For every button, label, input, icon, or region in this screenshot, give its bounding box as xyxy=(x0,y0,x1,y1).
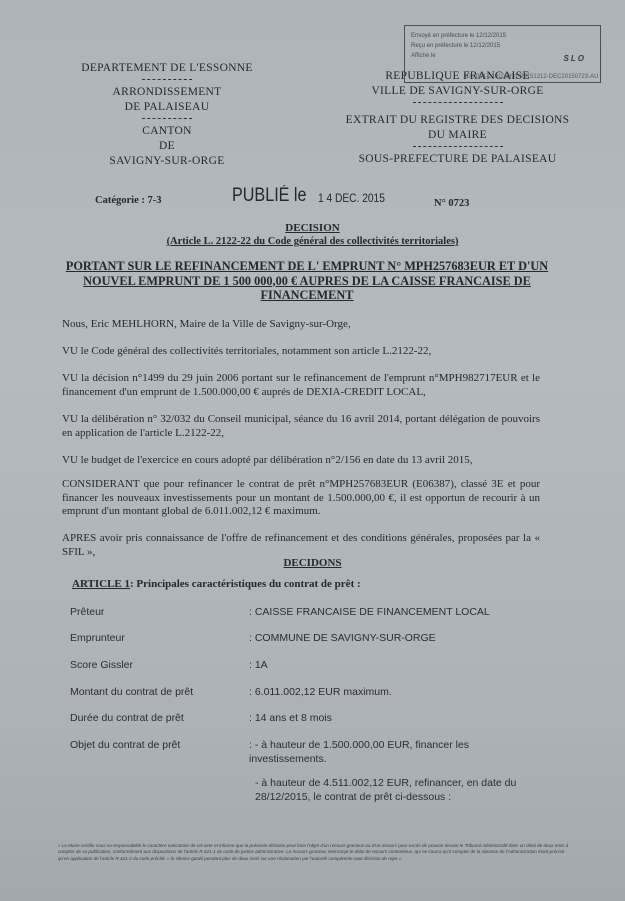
row-label-duree: Durée du contrat de prêt xyxy=(70,712,184,724)
separator xyxy=(413,146,503,147)
canton: CANTON xyxy=(62,124,272,139)
canton-name: SAVIGNY-SUR-ORGE xyxy=(62,154,272,169)
department: DEPARTEMENT DE L'ESSONNE xyxy=(62,61,272,76)
decision-number: N° 0723 xyxy=(434,198,469,209)
stamp-received: Reçu en préfecture le 12/12/2015 xyxy=(411,41,600,51)
decision-heading: DECISION xyxy=(0,222,625,234)
row-value-score: : 1A xyxy=(249,658,529,672)
sub-prefecture: SOUS-PREFECTURE DE PALAISEAU xyxy=(335,152,580,167)
row-value-emprunteur: : COMMUNE DE SAVIGNY-SUR-ORGE xyxy=(249,631,529,645)
row-value-duree: : 14 ans et 8 mois xyxy=(249,711,529,725)
article-1-heading: ARTICLE 1: Principales caractéristiques … xyxy=(72,578,361,590)
separator xyxy=(413,102,503,103)
row-value-preteur: : CAISSE FRANCAISE DE FINANCEMENT LOCAL xyxy=(249,605,529,619)
vu-decision-1499: VU la décision n°1499 du 29 juin 2006 po… xyxy=(62,372,540,399)
arrondissement: ARRONDISSEMENT xyxy=(62,85,272,100)
article-1-label: ARTICLE 1 xyxy=(72,578,130,590)
right-header: REPUBLIQUE FRANCAISE VILLE DE SAVIGNY-SU… xyxy=(335,69,580,167)
article-1-title: : Principales caractéristiques du contra… xyxy=(130,578,361,590)
vu-budget: VU le budget de l'exercice en cours adop… xyxy=(62,454,540,468)
separator xyxy=(142,118,192,119)
separator xyxy=(142,79,192,80)
stamp-sent: Envoyé en préfecture le 12/12/2015 xyxy=(411,31,600,41)
considerant: CONSIDERANT que pour refinancer le contr… xyxy=(62,478,540,519)
decision-subheading: (Article L. 2122-22 du Code général des … xyxy=(0,236,625,247)
extract-line1: EXTRAIT DU REGISTRE DES DECISIONS xyxy=(335,113,580,128)
vu-code: VU le Code général des collectivités ter… xyxy=(62,345,540,359)
row-label-emprunteur: Emprunteur xyxy=(70,632,125,644)
legal-footer: « Le Maire certifie sous sa responsabili… xyxy=(58,843,573,862)
row-label-montant: Montant du contrat de prêt xyxy=(70,686,193,698)
row-value-objet: : - à hauteur de 1.500.000,00 EUR, finan… xyxy=(249,738,499,766)
left-header: DEPARTEMENT DE L'ESSONNE ARRONDISSEMENT … xyxy=(62,61,272,169)
republic: REPUBLIQUE FRANCAISE xyxy=(335,69,580,84)
extract-line2: DU MAIRE xyxy=(335,128,580,143)
category: Catégorie : 7-3 xyxy=(95,195,161,206)
row-label-objet: Objet du contrat de prêt xyxy=(70,739,180,751)
row-label-score: Score Gissler xyxy=(70,659,133,671)
decision-title: PORTANT SUR LE REFINANCEMENT DE L' EMPRU… xyxy=(62,259,552,303)
row-label-preteur: Prêteur xyxy=(70,606,104,618)
city: VILLE DE SAVIGNY-SUR-ORGE xyxy=(335,84,580,99)
published-date: 1 4 DEC. 2015 xyxy=(318,191,385,205)
decidons: DECIDONS xyxy=(0,557,625,569)
vu-deliberation: VU la délibération n° 32/032 du Conseil … xyxy=(62,413,540,440)
canton-de: DE xyxy=(62,139,272,154)
intro: Nous, Eric MEHLHORN, Maire de la Ville d… xyxy=(62,318,540,332)
arrondissement-name: DE PALAISEAU xyxy=(62,100,272,115)
apres: APRES avoir pris connaissance de l'offre… xyxy=(62,532,540,559)
row-value-montant: : 6.011.002,12 EUR maximum. xyxy=(249,685,529,699)
slo-logo: SLO xyxy=(564,54,586,64)
published-label: PUBLIÉ le xyxy=(232,185,307,207)
objet-sub-item: - à hauteur de 4.511.002,12 EUR, refinan… xyxy=(255,776,530,804)
